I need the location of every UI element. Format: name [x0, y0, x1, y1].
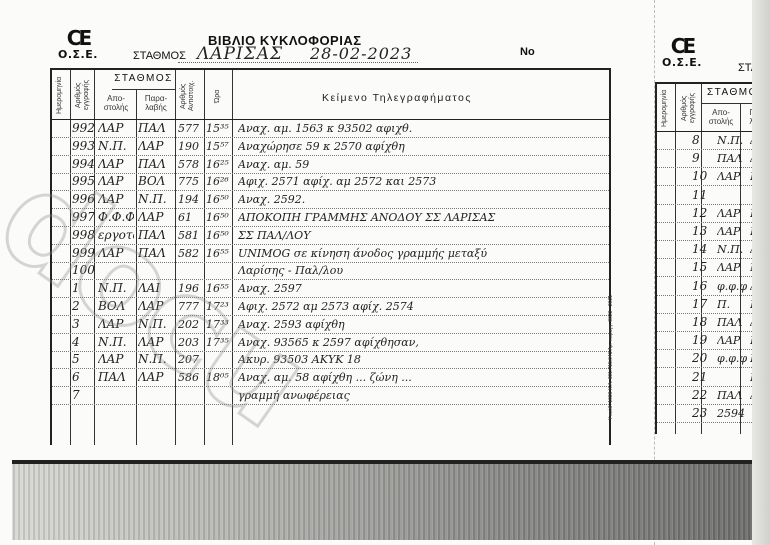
from-station: ΠΑΛ [717, 150, 747, 167]
header-time: Ώρα [214, 84, 222, 108]
entry-number: 15 [692, 259, 716, 276]
from-station: Ν.Π. [98, 334, 134, 351]
entry-number: 1000 [72, 262, 94, 279]
entry-number: 997 [72, 209, 94, 226]
counter-number: 202 [178, 316, 204, 333]
scanned-page: CE Ο.Σ.Ε. ΒΙΒΛΙΟ ΚΥΚΛΟΦΟΡΙΑΣ ΣΤΑΘΜΟΣ ΛΑΡ… [0, 0, 770, 545]
entry-number: 13 [692, 223, 716, 240]
entry-number: 1 [72, 280, 94, 297]
to-station: ΛΑΡ [138, 369, 174, 386]
to-station: ΒΟΛ [138, 173, 174, 190]
counter-number: 775 [178, 173, 204, 190]
table-row: 3ΛΑΡΝ.Π.20217³³Αναχ. 2593 αφίχθη [52, 316, 609, 333]
from-station: ΛΑΡ [98, 156, 134, 173]
to-station: ΛΑΙ [138, 280, 174, 297]
entry-number: 6 [72, 369, 94, 386]
from-station: ΛΑΡ [98, 191, 134, 208]
telegram-text: Αναχ. 2593 αφίχθη [238, 316, 603, 333]
time: 16⁵⁵ [206, 245, 232, 262]
time: 15⁵⁷ [206, 138, 232, 155]
table-row: 5ΛΑΡΝ.Π.207Ακυρ. 93503 ΑΚΥΚ 18 [52, 351, 609, 368]
entry-number: 998 [72, 227, 94, 244]
from-station: ΠΑΛ [717, 387, 747, 404]
table-row: 994ΛΑΡΠΑΛ57816²⁵Αναχ. αμ. 59 [52, 156, 609, 173]
traffic-log-table: Ημερομηνία Αριθμός εγγραφής ΣΤΑΘΜΟΣ Απο-… [50, 68, 611, 445]
entry-number: 20 [692, 350, 716, 367]
table-row: 995ΛΑΡΒΟΛ77516²⁶Αφιχ. 2571 αφίχ. αμ 2572… [52, 173, 609, 190]
entry-number: 17 [692, 296, 716, 313]
header-telegram-text: Κείμενο Τηλεγραφήματος [322, 92, 472, 104]
entry-number: 23 [692, 405, 716, 422]
from-station: Ν.Π. [98, 138, 134, 155]
entry-number: 999 [72, 245, 94, 262]
entry-number: 995 [72, 173, 94, 190]
from-station: ΛΑΡ [717, 259, 747, 276]
from-station: ΛΑΡ [717, 223, 747, 240]
time: 15³⁵ [206, 120, 232, 137]
from-station: Π. [717, 296, 747, 313]
from-station: ΛΑΡ [98, 351, 134, 368]
header-date: Ημερομηνία [56, 74, 64, 116]
time: 16⁵⁰ [206, 227, 232, 244]
telegram-text: Αφιχ. 2572 αμ 2573 αφίχ. 2574 [238, 298, 603, 315]
ose-logo-mark: CE [58, 28, 98, 48]
table-row: 7γραμμή ανωφέρειας [52, 387, 609, 404]
table-row: 6ΠΑΛΛΑΡ58618⁰⁵Αναχ. αμ. 58 αφίχθη ... ζώ… [52, 369, 609, 386]
table-row: 998εργοτάξιοΠΑΛ58116⁵⁰ΣΣ ΠΑΛ/ΛΟΥ [52, 227, 609, 244]
entry-number: 5 [72, 351, 94, 368]
counter-number: 194 [178, 191, 204, 208]
telegram-text: Αφιχ. 2571 αφίχ. αμ 2572 και 2573 [238, 173, 603, 190]
from-station: ΛΑΡ [717, 332, 747, 349]
table-row: 996ΛΑΡΝ.Π.19416⁵⁰Αναχ. 2592. [52, 191, 609, 208]
entry-number: 8 [692, 132, 716, 149]
table-row: 2ΒΟΛΛΑΡ77717²³Αφιχ. 2572 αμ 2573 αφίχ. 2… [52, 298, 609, 315]
entry-number: 22 [692, 387, 716, 404]
time: 16⁵⁰ [206, 191, 232, 208]
entry-number: 12 [692, 205, 716, 222]
entry-number: 18 [692, 314, 716, 331]
table-row: 992ΛΑΡΠΑΛ57715³⁵Αναχ. αμ. 1563 κ 93502 α… [52, 120, 609, 137]
counter-number: 582 [178, 245, 204, 262]
right-header-date: Ημερομηνία [661, 88, 669, 128]
telegram-text: UNIMOG σε κίνηση άνοδος γραμμής μεταξύ [238, 245, 603, 262]
station-label: ΣΤΑΘΜΟΣ [133, 50, 186, 62]
telegram-text: ΑΠΟΚΟΠΗ ΓΡΑΜΜΗΣ ΑΝΟΔΟΥ ΣΣ ΛΑΡΙΣΑΣ [238, 209, 603, 226]
ose-abbreviation: Ο.Σ.Ε. [58, 48, 98, 61]
header-station: ΣΤΑΘΜΟΣ [112, 73, 175, 84]
from-station: ΛΑΡ [98, 120, 134, 137]
time: 17³⁵ [206, 334, 232, 351]
entry-number: 3 [72, 316, 94, 333]
counter-number: 196 [178, 280, 204, 297]
from-station: ΛΑΡ [98, 173, 134, 190]
right-ose-logo-mark: CE [662, 36, 702, 56]
header-counter-no: Αριθμός Αντιστοιχ. [180, 76, 198, 116]
counter-number: 577 [178, 120, 204, 137]
printer-imprint: Υπεύθ. 1036 Κ.Α. 631.715.041 Αρ. παραγγ.… [608, 120, 618, 420]
entry-number: 4 [72, 334, 94, 351]
table-row: 993Ν.Π.ΛΑΡ19015⁵⁷Αναχώρησε 59 κ 2570 αφί… [52, 138, 609, 155]
entry-number: 21 [692, 369, 716, 386]
telegram-text: Αναχ. αμ. 59 [238, 156, 603, 173]
telegram-text: Αναχ. αμ. 58 αφίχθη ... ζώνη ... [238, 369, 603, 386]
time: 16²⁶ [206, 173, 232, 190]
telegram-text: Αναχ. 2597 [238, 280, 603, 297]
counter-number: 190 [178, 138, 204, 155]
right-ose-abbreviation: Ο.Σ.Ε. [662, 56, 702, 69]
from-station: φ.φ.φ. [717, 350, 747, 367]
date-value: 28-02-2023 [310, 44, 412, 63]
entry-number: 996 [72, 191, 94, 208]
to-station: ΠΑΛ [138, 156, 174, 173]
table-row: 1000Λαρίσης - Παλ/λου [52, 262, 609, 279]
header-to: Παρα-λαβής [138, 94, 174, 112]
from-station: 2594 [717, 405, 747, 422]
to-station: Ν.Π. [138, 351, 174, 368]
to-station: ΛΑΡ [138, 209, 174, 226]
to-station: ΛΑΡ [138, 138, 174, 155]
from-station: ΛΑΡ [98, 245, 134, 262]
from-station: εργοτάξιο [98, 227, 134, 244]
telegram-text: Αναχώρησε 59 κ 2570 αφίχθη [238, 138, 603, 155]
scan-noise-band [12, 460, 752, 540]
row-rule [52, 404, 609, 405]
from-station: ΛΑΡ [717, 168, 747, 185]
right-header-station: ΣΤΑΘΜΟ [707, 87, 758, 98]
from-station: φ.φ.φ. [717, 278, 747, 295]
entry-number: 10 [692, 168, 716, 185]
from-station: ΠΑΛ [98, 369, 134, 386]
counter-number: 581 [178, 227, 204, 244]
entry-number: 992 [72, 120, 94, 137]
entry-number: 994 [72, 156, 94, 173]
entry-number: 9 [692, 150, 716, 167]
time: 16⁵⁰ [206, 209, 232, 226]
table-row: 999ΛΑΡΠΑΛ58216⁵⁵UNIMOG σε κίνηση άνοδος … [52, 245, 609, 262]
counter-number: 61 [178, 209, 204, 226]
to-station: ΛΑΡ [138, 298, 174, 315]
right-header-from: Απο-στολής [703, 108, 739, 126]
from-station: ΛΑΡ [717, 205, 747, 222]
to-station: Ν.Π. [138, 316, 174, 333]
to-station: ΠΑΛ [138, 120, 174, 137]
telegram-text: ΣΣ ΠΑΛ/ΛΟΥ [238, 227, 603, 244]
from-station: Ν.Π. [717, 132, 747, 149]
telegram-text: Αναχ. αμ. 1563 κ 93502 αφιχθ. [238, 120, 603, 137]
from-station: Ν.Π. [717, 241, 747, 258]
time: 16²⁵ [206, 156, 232, 173]
counter-number: 578 [178, 156, 204, 173]
entry-number: 14 [692, 241, 716, 258]
from-station: ΒΟΛ [98, 298, 134, 315]
time: 16⁵⁵ [206, 280, 232, 297]
to-station: Ν.Π. [138, 191, 174, 208]
entry-number: 2 [72, 298, 94, 315]
number-label: No [520, 46, 535, 58]
entry-number: 7 [72, 387, 94, 404]
entry-number: 993 [72, 138, 94, 155]
from-station: Φ.Φ.Φ.2 [98, 209, 134, 226]
table-row: 4Ν.Π.ΛΑΡ20317³⁵Αναχ. 93565 κ 2597 αφίχθη… [52, 334, 609, 351]
counter-number: 777 [178, 298, 204, 315]
ose-logo: CE Ο.Σ.Ε. [58, 28, 98, 61]
telegram-text: Ακυρ. 93503 ΑΚΥΚ 18 [238, 351, 603, 368]
page-edge-shadow [752, 0, 770, 545]
entry-number: 11 [692, 187, 716, 204]
counter-number: 203 [178, 334, 204, 351]
entry-number: 19 [692, 332, 716, 349]
table-row: 997Φ.Φ.Φ.2ΛΑΡ6116⁵⁰ΑΠΟΚΟΠΗ ΓΡΑΜΜΗΣ ΑΝΟΔΟ… [52, 209, 609, 226]
right-ose-logo: CE Ο.Σ.Ε. [662, 36, 702, 69]
to-station: ΠΑΛ [138, 227, 174, 244]
table-row: 1Ν.Π.ΛΑΙ19616⁵⁵Αναχ. 2597 [52, 280, 609, 297]
counter-number: 586 [178, 369, 204, 386]
header-divider [112, 89, 175, 90]
time: 17³³ [206, 316, 232, 333]
header-entry-no: Αριθμός εγγραφής [75, 74, 91, 116]
right-header-entry-no: Αριθμός εγγραφής [681, 88, 697, 128]
station-value: ΛΑΡΙΣΑΣ [197, 44, 283, 64]
from-station: ΠΑΛ [717, 314, 747, 331]
from-station: Ν.Π. [98, 280, 134, 297]
counter-number: 207 [178, 351, 204, 368]
entry-number: 16 [692, 278, 716, 295]
from-station: ΛΑΡ [98, 316, 134, 333]
to-station: ΛΑΡ [138, 334, 174, 351]
telegram-text: γραμμή ανωφέρειας [238, 387, 603, 404]
time: 17²³ [206, 298, 232, 315]
to-station: ΠΑΛ [138, 245, 174, 262]
telegram-text: Λαρίσης - Παλ/λου [238, 262, 603, 279]
header-from: Απο-στολής [98, 94, 134, 112]
time: 18⁰⁵ [206, 369, 232, 386]
telegram-text: Αναχ. 93565 κ 2597 αφίχθησαν, [238, 334, 603, 351]
telegram-text: Αναχ. 2592. [238, 191, 603, 208]
